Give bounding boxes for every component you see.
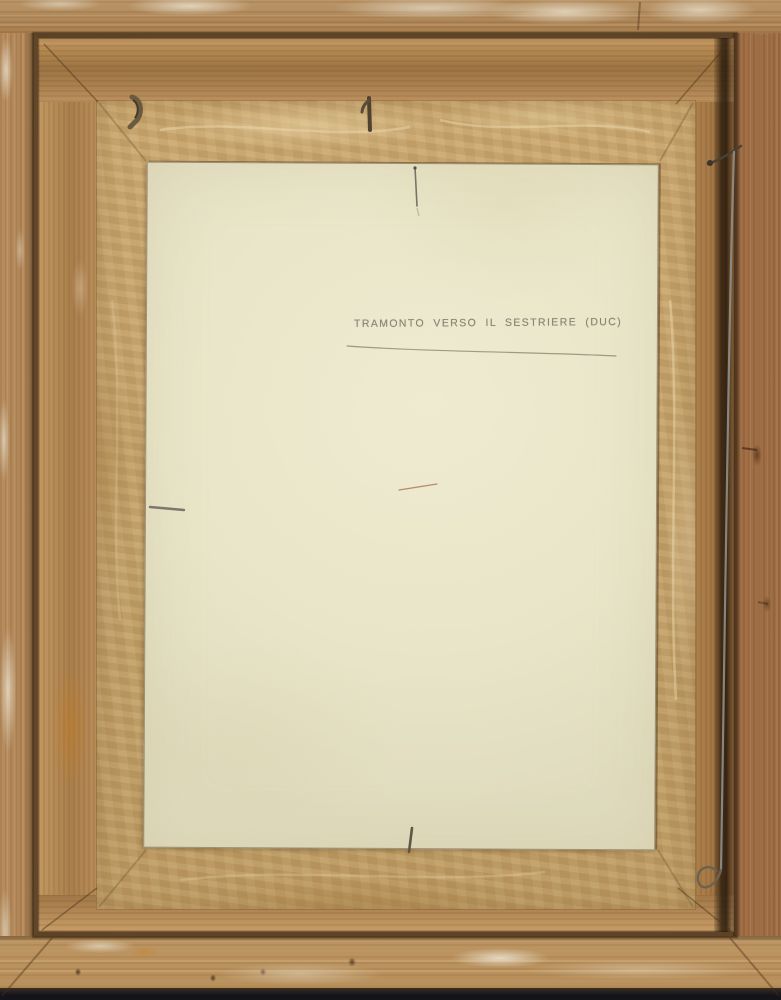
hanging-wire bbox=[721, 152, 734, 870]
liner-miter-seams bbox=[42, 44, 730, 930]
wire-hook-top-right bbox=[708, 146, 741, 164]
wood-cracks-right bbox=[742, 448, 768, 604]
frame-back-photo: TRAMONTO VERSO IL SESTRIERE (DUC) bbox=[0, 0, 781, 1000]
pin-top-shadow bbox=[417, 208, 419, 216]
details-overlay bbox=[0, 0, 781, 1000]
pin-left bbox=[150, 507, 184, 510]
wire-twist-knot bbox=[707, 160, 713, 166]
pin-top-head bbox=[413, 166, 416, 169]
wire-loop-bottom-right bbox=[698, 867, 721, 887]
scratch-mark bbox=[399, 484, 437, 490]
inscription-underline bbox=[347, 346, 616, 356]
bent-nail-top-center bbox=[369, 98, 370, 130]
pin-top bbox=[415, 167, 417, 206]
tape-wrinkles bbox=[112, 120, 676, 880]
tape-corner-folds bbox=[99, 103, 693, 907]
outer-miter-seams bbox=[2, 2, 779, 996]
nail-bottom bbox=[409, 828, 412, 852]
